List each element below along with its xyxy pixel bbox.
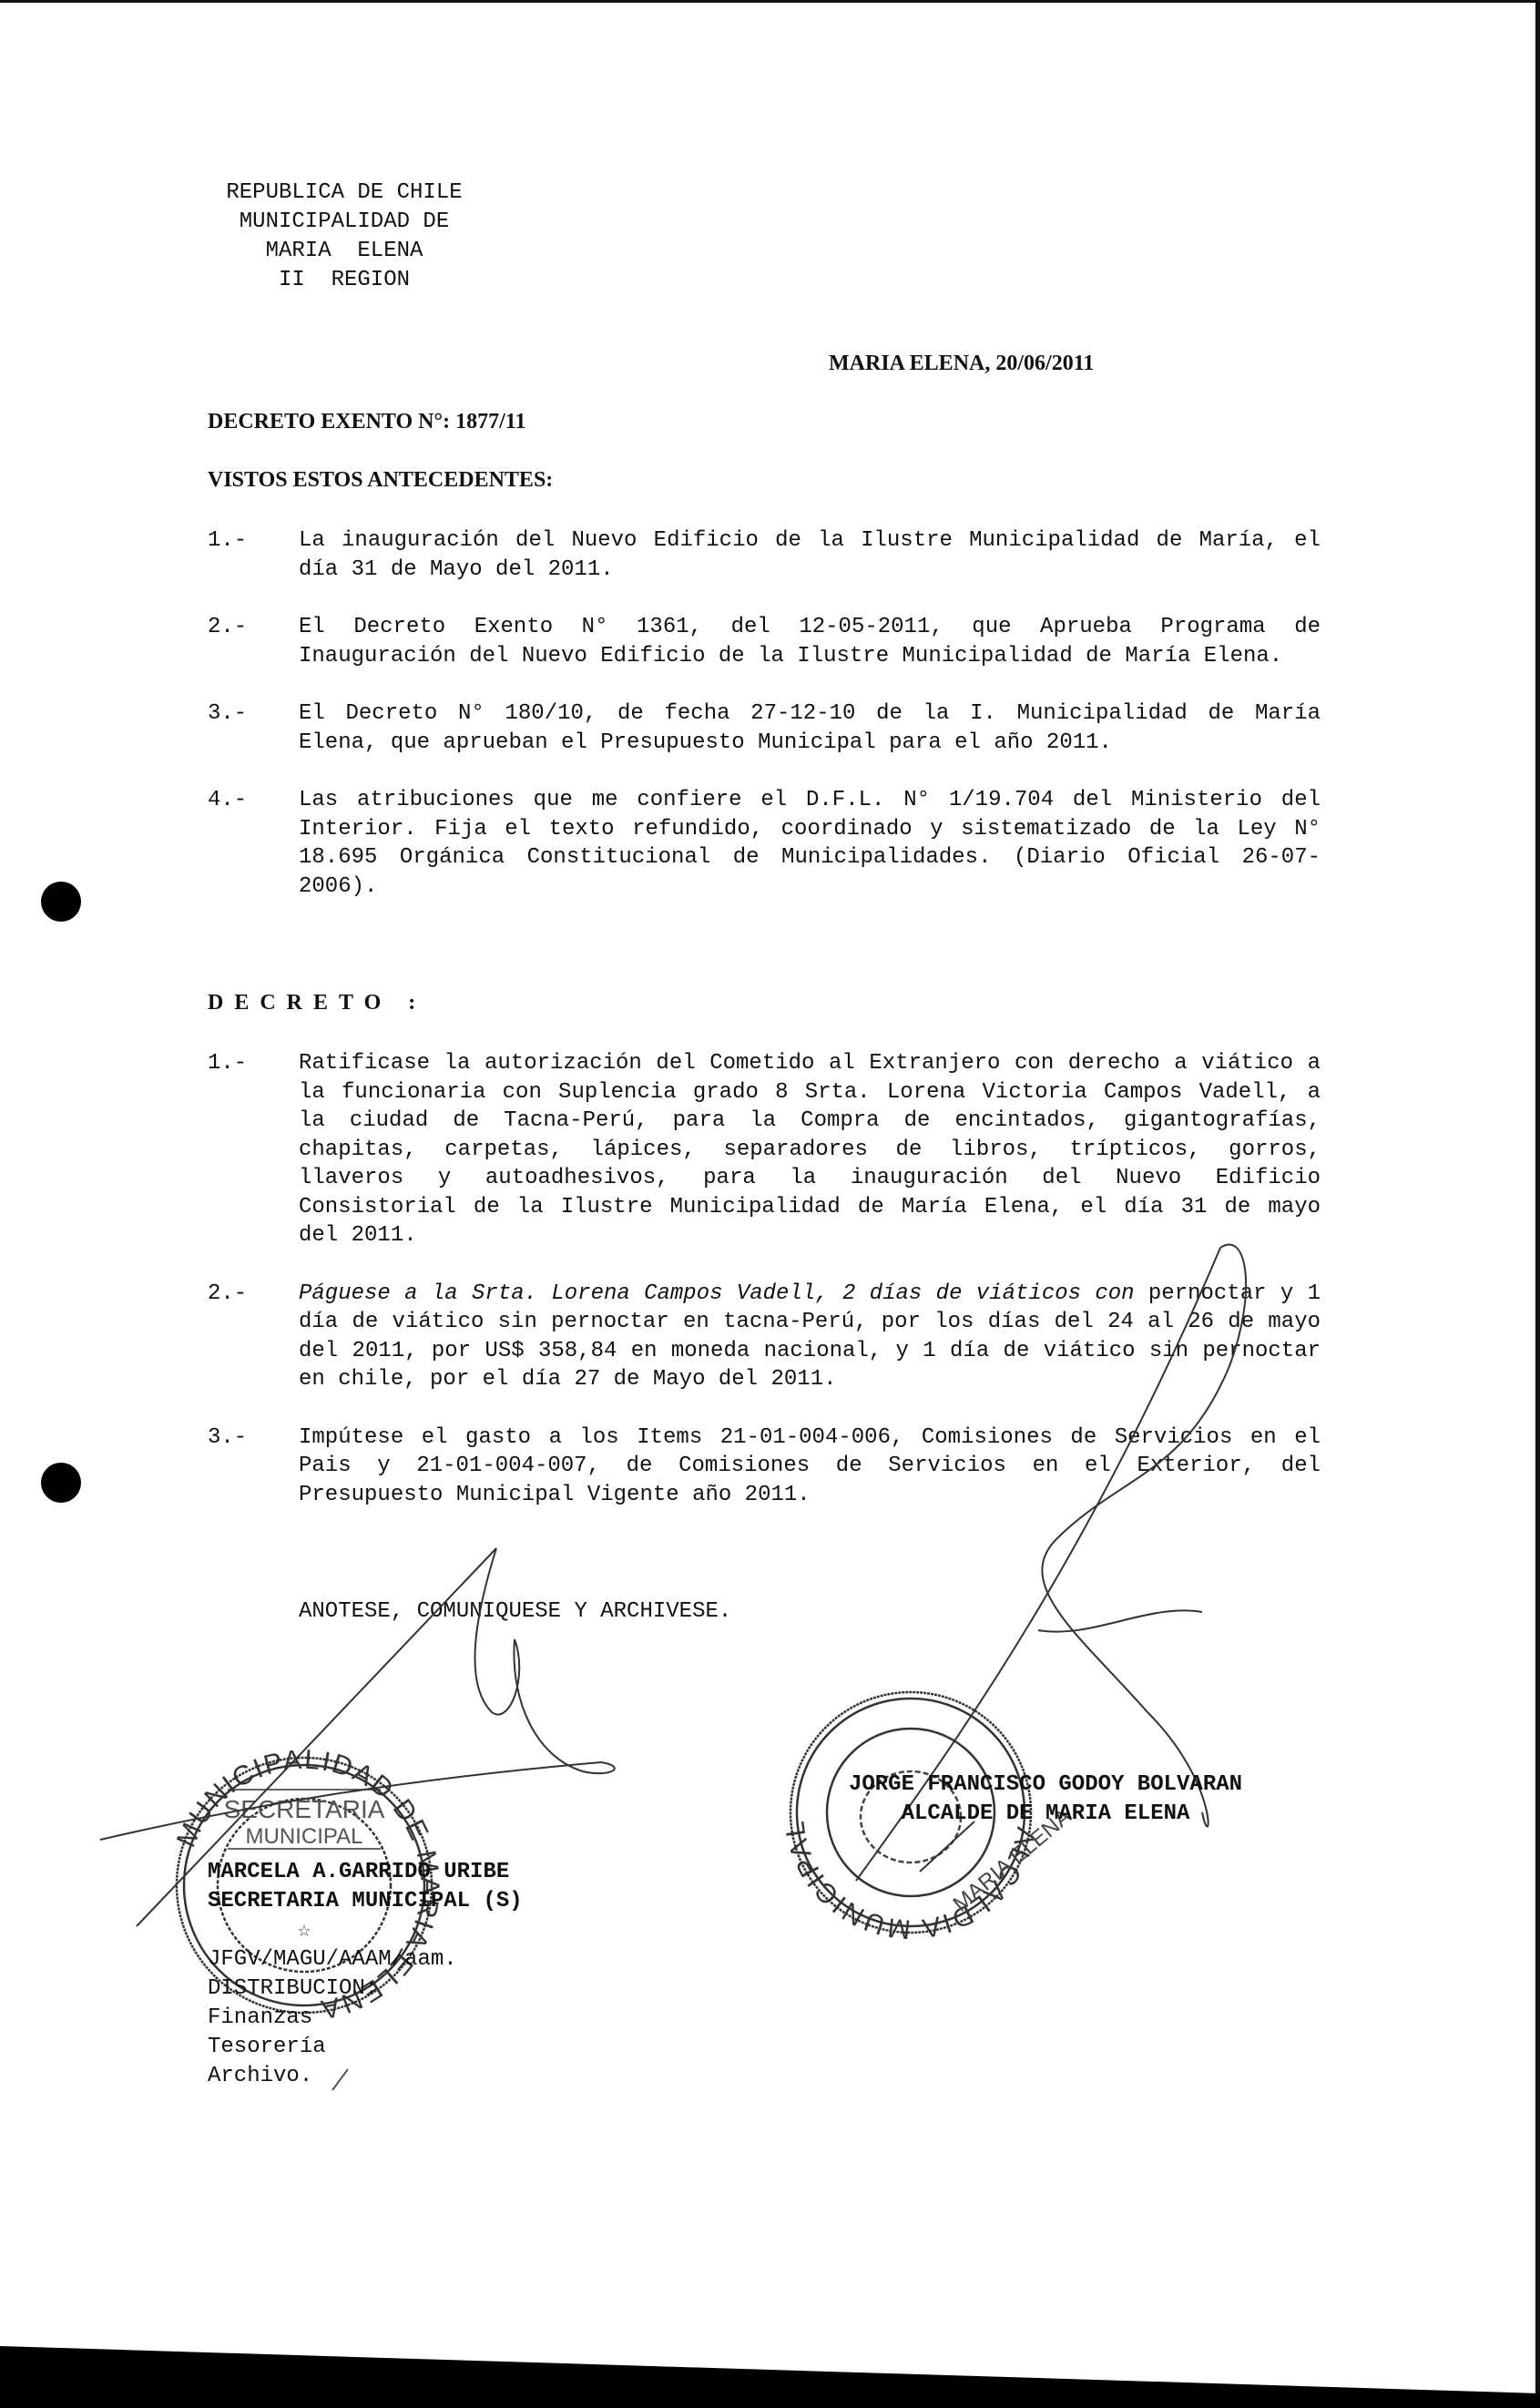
letterhead-line: II REGION (208, 266, 481, 295)
place-date: MARIA ELENA, 20/06/2011 (829, 352, 1094, 376)
letterhead-line: MARIA ELENA (208, 237, 481, 266)
vistos-item: 4.- Las atribuciones que me confiere el … (208, 786, 1321, 901)
decree-number: DECRETO EXENTO N°: 1877/11 (208, 410, 525, 434)
distribution-item: Tesorería (208, 2033, 457, 2062)
vistos-item: 2.- El Decreto Exento N° 1361, del 12-05… (208, 613, 1321, 670)
item-number: 1.- (208, 526, 247, 556)
svg-text:MUNICIPAL: MUNICIPAL (246, 1824, 363, 1849)
item-text: El Decreto Exento N° 1361, del 12-05-201… (299, 613, 1321, 670)
signatory-right-title: ALCALDE DE MARIA ELENA (818, 1800, 1273, 1829)
letterhead-line: MUNICIPALIDAD DE (208, 208, 481, 237)
item-number: 2.- (208, 613, 247, 642)
scan-right-edge (1535, 0, 1540, 2408)
item-text: Impútese el gasto a los Items 21-01-004-… (299, 1423, 1321, 1510)
scan-top-edge (0, 0, 1540, 3)
item-number: 3.- (208, 1423, 247, 1453)
item-number: 1.- (208, 1049, 247, 1078)
distribution-item: Archivo. (208, 2062, 457, 2091)
signatory-right-name: JORGE FRANCISCO GODOY BOLVARAN (818, 1770, 1273, 1800)
item-text: La inauguración del Nuevo Edificio de la… (299, 526, 1321, 584)
distribution-item: Finanzas (208, 2004, 457, 2033)
item-number: 2.- (208, 1280, 247, 1309)
signatory-right: JORGE FRANCISCO GODOY BOLVARAN ALCALDE D… (818, 1770, 1273, 1829)
initials: JFGV/MAGU/AAAM/aam. (208, 1945, 457, 1974)
closing-formula: ANOTESE, COMUNIQUESE Y ARCHIVESE. (299, 1599, 731, 1624)
signatory-left-title: SECRETARIA MUNICIPAL (S) (208, 1887, 523, 1916)
decreto-item: 3.- Impútese el gasto a los Items 21-01-… (208, 1423, 1321, 1510)
references-block: JFGV/MAGU/AAAM/aam. DISTRIBUCION: Finanz… (208, 1945, 457, 2091)
item-text: Las atribuciones que me confiere el D.F.… (299, 786, 1321, 901)
signatory-left: MARCELA A.GARRIDO URIBE SECRETARIA MUNIC… (208, 1858, 523, 1916)
scan-bottom-edge (0, 2331, 1540, 2408)
vistos-heading: VISTOS ESTOS ANTECEDENTES: (208, 468, 553, 493)
vistos-list: 1.- La inauguración del Nuevo Edificio d… (208, 526, 1321, 930)
vistos-item: 1.- La inauguración del Nuevo Edificio d… (208, 526, 1321, 584)
item-text: Ratificase la autorización del Cometido … (299, 1049, 1321, 1250)
item-text: Páguese a la Srta. Lorena Campos Vadell,… (299, 1280, 1321, 1394)
svg-text:☆: ☆ (298, 1919, 311, 1944)
punch-hole-icon (41, 1463, 81, 1503)
distribution-heading: DISTRIBUCION: (208, 1974, 457, 2004)
item-text: El Decreto N° 180/10, de fecha 27-12-10 … (299, 699, 1321, 757)
item-text-italic: Páguese a la Srta. Lorena Campos Vadell,… (299, 1281, 1135, 1306)
item-number: 3.- (208, 699, 247, 729)
decreto-item: 2.- Páguese a la Srta. Lorena Campos Vad… (208, 1280, 1321, 1394)
decreto-list: 1.- Ratificase la autorización del Comet… (208, 1049, 1321, 1538)
letterhead: REPUBLICA DE CHILE MUNICIPALIDAD DE MARI… (208, 179, 481, 295)
svg-text:ALCALDIA MUNICIPAL: ALCALDIA MUNICIPAL (780, 1818, 1041, 1944)
signatory-left-name: MARCELA A.GARRIDO URIBE (208, 1858, 523, 1887)
item-number: 4.- (208, 786, 247, 815)
decreto-item: 1.- Ratificase la autorización del Comet… (208, 1049, 1321, 1250)
decreto-heading: DECRETO : (208, 991, 426, 1015)
vistos-item: 3.- El Decreto N° 180/10, de fecha 27-12… (208, 699, 1321, 757)
punch-hole-icon (41, 882, 81, 922)
svg-text:SECRETARIA: SECRETARIA (224, 1795, 385, 1823)
letterhead-line: REPUBLICA DE CHILE (208, 179, 481, 208)
